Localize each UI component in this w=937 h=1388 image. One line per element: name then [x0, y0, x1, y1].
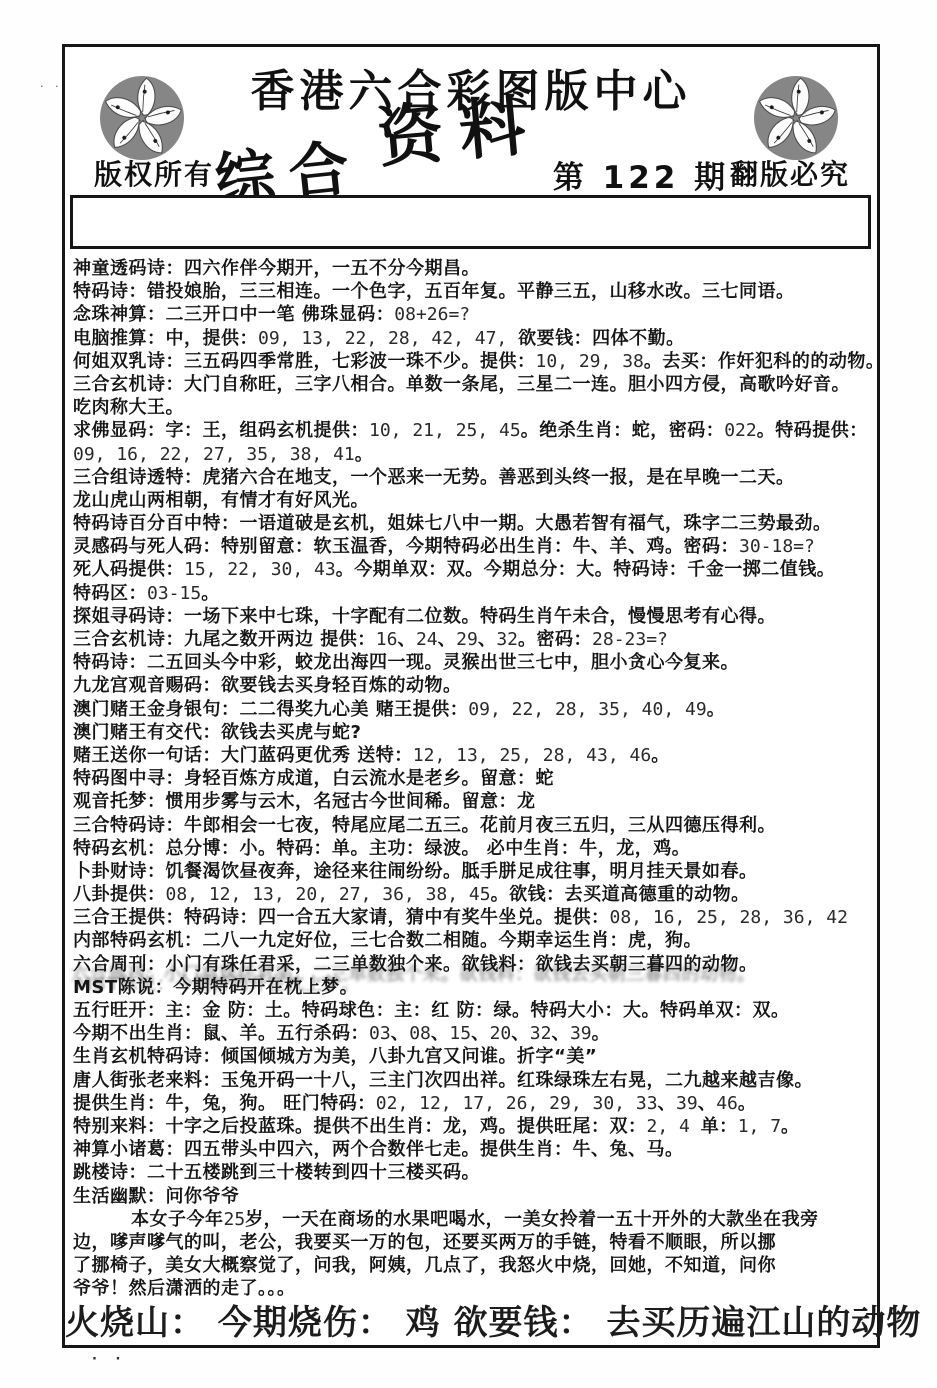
body-line: 特别来料：十字之后投蓝珠。提供不出生肖：龙，鸡。提供旺尾：双：2, 4 单：1,… [73, 1115, 873, 1138]
body-line: 提供生肖：牛，兔，狗。 旺门特码：02, 12, 17, 26, 29, 30,… [73, 1092, 873, 1115]
body-line: 卜卦财诗：饥餐渴饮昼夜奔，途径来往闹纷纷。胝手胼足成往事，明月挂天景如春。 [73, 860, 873, 883]
body-line: 求佛显码：字：王，组码玄机提供：10, 21, 25, 45。绝杀生肖：蛇，密码… [73, 419, 873, 442]
body-line: 灵感码与死人码：特别留意：软玉温香，今期特码必出生肖：牛、羊、鸡。密码：30-1… [73, 535, 873, 558]
body-line: 电脑推算：中，提供：09, 13, 22, 28, 42, 47, 欲要钱：四体… [73, 327, 873, 350]
body-line: 三合王提供：特码诗：四一合五大家请，猜中有奖牛坐兑。提供：08, 16, 25,… [73, 906, 873, 929]
body-line: 跳楼诗：二十五楼跳到三十楼转到四十三楼买码。 [73, 1161, 873, 1184]
body-line: 念珠神算：二三开口中一笔 佛珠显码：08+26=? [73, 303, 873, 326]
body-line: 特码诗：错投娘胎，三三相连。一个色字，五百年复。平静三五，山移水改。三七同语。 [73, 280, 873, 303]
copyright-right-label: 翻版必究 [705, 153, 875, 193]
body-line: 今期不出生肖：鼠、羊。五行杀码：03、08、15、20、32、39。 [73, 1022, 873, 1045]
scanned-lottery-sheet: { "header": { "title": "香港六合彩图版中心", "sub… [0, 0, 937, 1388]
scan-dots-top: · · [40, 80, 63, 93]
body-line: 九龙宫观音赐码：欲要钱去买身轻百炼的动物。 [73, 674, 873, 697]
body-line: 澳门赌王金身银句：二二得奖九心美 赌王提供：09, 22, 28, 35, 40… [73, 698, 873, 721]
body-line: 神童透码诗：四六作伴今期开，一五不分今期昌。 [73, 257, 873, 280]
body-text: 神童透码诗：四六作伴今期开，一五不分今期昌。特码诗：错投娘胎，三三相连。一个色字… [73, 257, 873, 1300]
body-line: 特码玄机：总分博：小。特码：单。主功：绿波。 必中生肖：牛，龙，鸡。 [73, 837, 873, 860]
subtitle-part2: 资料 [373, 71, 545, 180]
body-line: MST陈说：今期特码开在枕上梦。 [73, 976, 873, 999]
body-line: 唐人街张老来料：玉兔开码一十八，三主门次四出祥。红珠绿珠左右晃，二九越来越吉像。 [73, 1069, 873, 1092]
sheet-border: 香港六合彩图版中心 综合 资料 第 122 期 版权所有 翻版必究 神童透码诗：… [62, 44, 880, 1348]
body-line: 生活幽默：问你爷爷 [73, 1185, 873, 1208]
body-line: 观音托梦：惯用步雾与云木，名冠古今世间稀。留意：龙 [73, 790, 873, 813]
notice-box [70, 195, 871, 249]
issue-number: 第 122 期 [553, 152, 729, 197]
body-line: 吃肉称大王。 [73, 396, 873, 419]
body-line: 赌王送你一句话：大门蓝码更优秀 送特：12, 13, 25, 28, 43, 4… [73, 744, 873, 767]
body-line: 09, 16, 22, 27, 35, 38, 41。 [73, 443, 873, 466]
body-line: 神算小诸葛：四五带头中四六，两个合数伴七走。提供生肖：牛、兔、马。 [73, 1138, 873, 1161]
body-line: 死人码提供：15, 22, 30, 43。今期单双：双。今期总分：大。特码诗：千… [73, 558, 873, 581]
body-line: 生肖玄机特码诗：倾国倾城方为美，八卦九宫又问谁。折字“美” [73, 1045, 873, 1068]
body-line: 特码图中寻：身轻百炼方成道，白云流水是老乡。留意：蛇 [73, 767, 873, 790]
body-line: 六合周刊：小门有珠任君采，二三单数独个来。欲钱料：欲钱去买朝三暮四的动物。 [73, 953, 873, 976]
copyright-left-label: 版权所有 [69, 153, 239, 193]
body-line: 龙山虎山两相朝，有情才有好风光。 [73, 489, 873, 512]
body-line: 五行旺开：主：金 防：土。特码球色：主：红 防：绿。特码大小：大。特码单双：双。 [73, 999, 873, 1022]
body-line: 三合特码诗：牛郎相会一七夜，特尾应尾二五三。花前月夜三五归，三从四德压得利。 [73, 814, 873, 837]
body-line: 边，嗲声嗲气的叫，老公，我要买一万的包，还要买两万的手链，特看不顺眼，所以挪 [73, 1231, 873, 1254]
body-line: 八卦提供：08, 12, 13, 20, 27, 36, 38, 45。欲钱：去… [73, 883, 873, 906]
body-line: 特码区：03-15。 [73, 582, 873, 605]
scan-dots-bottom: · · [92, 1352, 127, 1367]
body-line: 何姐双乳诗：三五码四季常胜，七彩波一珠不少。提供：10, 29, 38。去买：作… [73, 350, 873, 373]
body-line: 特码诗：二五回头今中彩，蛟龙出海四一现。灵猴出世三七中，胆小贪心今复来。 [73, 651, 873, 674]
body-line: 本女子今年25岁，一天在商场的水果吧喝水，一美女拎着一五十开外的大款坐在我旁 [73, 1208, 873, 1231]
body-line: 了挪椅子，美女大概察觉了，问我，阿姨，几点了，我怒火中烧，回她，不知道，问你 [73, 1254, 873, 1277]
body-line: 特码诗百分百中特：一语道破是玄机，姐妹七八中一期。大愚若智有福气，珠字二三势最劲… [73, 512, 873, 535]
body-line: 内部特码玄机：二八一九定好位，三七合数二相随。今期幸运生肖：虎，狗。 [73, 929, 873, 952]
body-line: 三合玄机诗：九尾之数开两边 提供：16、24、29、32。密码：28-23=? [73, 628, 873, 651]
body-line: 三合组诗透特：虎猪六合在地支，一个恶来一无势。善恶到头终一报，是在早晚一二天。 [73, 466, 873, 489]
body-line: 澳门赌王有交代：欲钱去买虎与蛇? [73, 721, 873, 744]
body-line: 探姐寻码诗：一场下来中七珠，十字配有二位数。特码生肖午未合，慢慢思考有心得。 [73, 605, 873, 628]
body-line: 三合玄机诗：大门自称旺，三字八相合。单数一条尾，三星二一连。胆小四方侵，高歌吟好… [73, 373, 873, 396]
footer-banner: 火烧山： 今期烧伤： 鸡 欲要钱： 去买历遍江山的动物 [65, 1295, 877, 1343]
